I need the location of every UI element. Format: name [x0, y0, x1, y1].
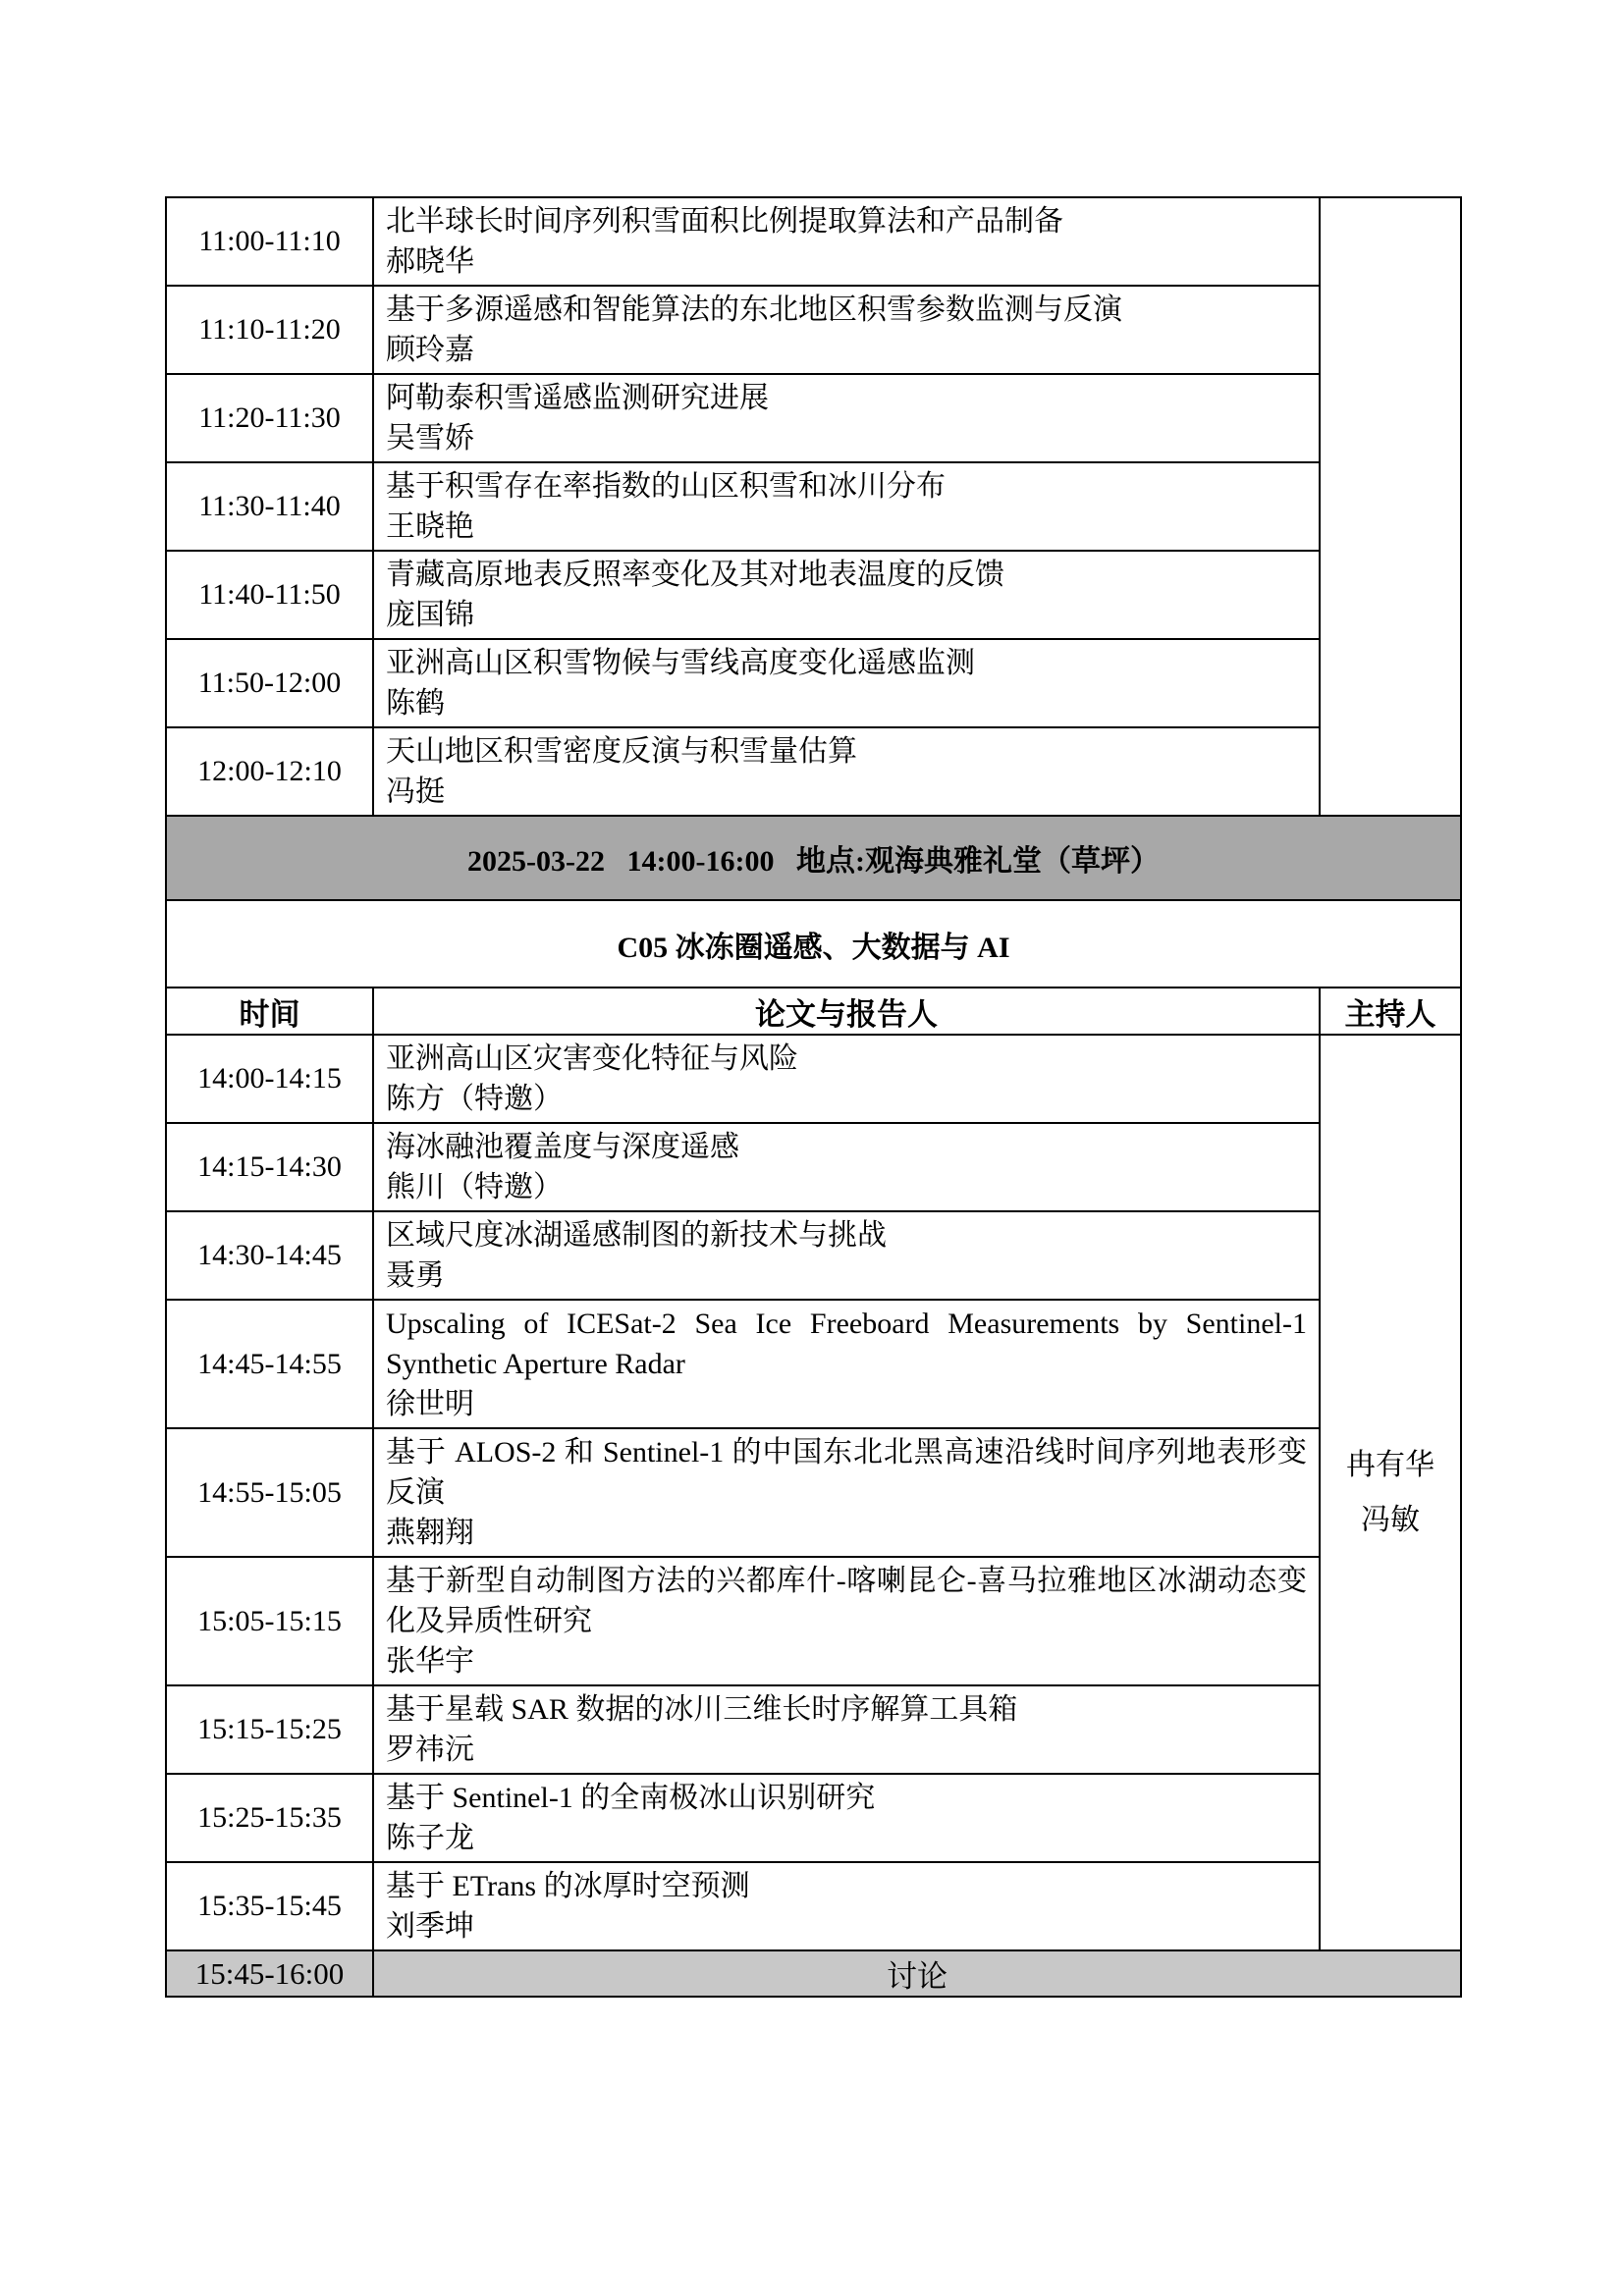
paper-cell: 基于新型自动制图方法的兴都库什-喀喇昆仑-喜马拉雅地区冰湖动态变化及异质性研究 …	[373, 1557, 1320, 1685]
table-row: 14:00-14:15 亚洲高山区灾害变化特征与风险 陈方（特邀） 冉有华 冯敏	[166, 1035, 1461, 1123]
talk-title: 亚洲高山区积雪物候与雪线高度变化遥感监测	[386, 643, 1307, 683]
talk-title: 基于 ETrans 的冰厚时空预测	[386, 1866, 1307, 1906]
talk-title: 海冰融池覆盖度与深度遥感	[386, 1127, 1307, 1167]
table-row: 12:00-12:10 天山地区积雪密度反演与积雪量估算 冯挺	[166, 727, 1461, 816]
speaker-name: 罗祎沅	[386, 1730, 1307, 1770]
speaker-name: 徐世明	[386, 1384, 1307, 1424]
table-row: 14:15-14:30 海冰融池覆盖度与深度遥感 熊川（特邀）	[166, 1123, 1461, 1211]
speaker-name: 陈鹤	[386, 683, 1307, 723]
column-header-time: 时间	[166, 988, 373, 1035]
paper-cell: 基于星载 SAR 数据的冰川三维长时序解算工具箱 罗祎沅	[373, 1685, 1320, 1774]
speaker-name: 张华宇	[386, 1641, 1307, 1682]
talk-title: 北半球长时间序列积雪面积比例提取算法和产品制备	[386, 201, 1307, 241]
table-row: 15:05-15:15 基于新型自动制图方法的兴都库什-喀喇昆仑-喜马拉雅地区冰…	[166, 1557, 1461, 1685]
time-cell: 11:30-11:40	[166, 462, 373, 551]
column-header-paper: 论文与报告人	[373, 988, 1320, 1035]
session-banner: 2025-03-22 14:00-16:00 地点:观海典雅礼堂（草坪）	[166, 816, 1461, 900]
table-row: 15:25-15:35 基于 Sentinel-1 的全南极冰山识别研究 陈子龙	[166, 1774, 1461, 1862]
chair-cell: 冉有华 冯敏	[1320, 1035, 1461, 1950]
speaker-name: 燕翱翔	[386, 1513, 1307, 1553]
speaker-name: 庞国锦	[386, 595, 1307, 635]
paper-cell: 阿勒泰积雪遥感监测研究进展 吴雪娇	[373, 374, 1320, 462]
table-row: 11:00-11:10 北半球长时间序列积雪面积比例提取算法和产品制备 郝晓华	[166, 197, 1461, 286]
time-cell: 15:35-15:45	[166, 1862, 373, 1950]
paper-cell: 基于 ALOS-2 和 Sentinel-1 的中国东北北黑高速沿线时间序列地表…	[373, 1428, 1320, 1557]
speaker-name: 刘季坤	[386, 1906, 1307, 1947]
talk-title: Upscaling of ICESat-2 Sea Ice Freeboard …	[386, 1304, 1307, 1384]
table-row: 11:30-11:40 基于积雪存在率指数的山区积雪和冰川分布 王晓艳	[166, 462, 1461, 551]
table-row: 15:15-15:25 基于星载 SAR 数据的冰川三维长时序解算工具箱 罗祎沅	[166, 1685, 1461, 1774]
speaker-name: 郝晓华	[386, 241, 1307, 282]
paper-cell: 天山地区积雪密度反演与积雪量估算 冯挺	[373, 727, 1320, 816]
paper-cell: 青藏高原地表反照率变化及其对地表温度的反馈 庞国锦	[373, 551, 1320, 639]
discussion-row: 15:45-16:00 讨论	[166, 1950, 1461, 1997]
paper-cell: 基于 Sentinel-1 的全南极冰山识别研究 陈子龙	[373, 1774, 1320, 1862]
document-page: 11:00-11:10 北半球长时间序列积雪面积比例提取算法和产品制备 郝晓华 …	[0, 0, 1624, 2296]
speaker-name: 冯挺	[386, 772, 1307, 812]
table-row: C05 冰冻圈遥感、大数据与 AI	[166, 900, 1461, 988]
paper-cell: 基于多源遥感和智能算法的东北地区积雪参数监测与反演 顾玲嘉	[373, 286, 1320, 374]
talk-title: 基于多源遥感和智能算法的东北地区积雪参数监测与反演	[386, 290, 1307, 330]
time-cell: 14:55-15:05	[166, 1428, 373, 1557]
speaker-name: 聂勇	[386, 1255, 1307, 1296]
time-cell: 11:10-11:20	[166, 286, 373, 374]
talk-title: 青藏高原地表反照率变化及其对地表温度的反馈	[386, 555, 1307, 595]
time-cell: 11:50-12:00	[166, 639, 373, 727]
time-cell: 14:45-14:55	[166, 1300, 373, 1428]
time-cell: 14:15-14:30	[166, 1123, 373, 1211]
paper-cell: 亚洲高山区灾害变化特征与风险 陈方（特邀）	[373, 1035, 1320, 1123]
time-cell: 15:25-15:35	[166, 1774, 373, 1862]
talk-title: 基于积雪存在率指数的山区积雪和冰川分布	[386, 466, 1307, 507]
time-cell: 11:20-11:30	[166, 374, 373, 462]
paper-cell: 亚洲高山区积雪物候与雪线高度变化遥感监测 陈鹤	[373, 639, 1320, 727]
talk-title: 阿勒泰积雪遥感监测研究进展	[386, 378, 1307, 418]
time-cell: 15:15-15:25	[166, 1685, 373, 1774]
talk-title: 区域尺度冰湖遥感制图的新技术与挑战	[386, 1215, 1307, 1255]
table-row: 11:50-12:00 亚洲高山区积雪物候与雪线高度变化遥感监测 陈鹤	[166, 639, 1461, 727]
table-row: 14:30-14:45 区域尺度冰湖遥感制图的新技术与挑战 聂勇	[166, 1211, 1461, 1300]
time-cell: 15:05-15:15	[166, 1557, 373, 1685]
table-row: 11:40-11:50 青藏高原地表反照率变化及其对地表温度的反馈 庞国锦	[166, 551, 1461, 639]
conference-schedule-table: 11:00-11:10 北半球长时间序列积雪面积比例提取算法和产品制备 郝晓华 …	[165, 196, 1462, 1998]
time-cell: 15:45-16:00	[166, 1950, 373, 1997]
paper-cell: 北半球长时间序列积雪面积比例提取算法和产品制备 郝晓华	[373, 197, 1320, 286]
paper-cell: 区域尺度冰湖遥感制图的新技术与挑战 聂勇	[373, 1211, 1320, 1300]
speaker-name: 王晓艳	[386, 507, 1307, 547]
speaker-name: 陈方（特邀）	[386, 1079, 1307, 1119]
talk-title: 天山地区积雪密度反演与积雪量估算	[386, 731, 1307, 772]
time-cell: 14:30-14:45	[166, 1211, 373, 1300]
column-header-chair: 主持人	[1320, 988, 1461, 1035]
time-cell: 12:00-12:10	[166, 727, 373, 816]
table-header-row: 时间 论文与报告人 主持人	[166, 988, 1461, 1035]
speaker-name: 熊川（特邀）	[386, 1167, 1307, 1207]
speaker-name: 吴雪娇	[386, 418, 1307, 458]
discussion-label: 讨论	[373, 1950, 1461, 1997]
talk-title: 基于新型自动制图方法的兴都库什-喀喇昆仑-喜马拉雅地区冰湖动态变化及异质性研究	[386, 1561, 1307, 1641]
talk-title: 基于星载 SAR 数据的冰川三维长时序解算工具箱	[386, 1689, 1307, 1730]
table-row: 11:10-11:20 基于多源遥感和智能算法的东北地区积雪参数监测与反演 顾玲…	[166, 286, 1461, 374]
session-title: C05 冰冻圈遥感、大数据与 AI	[166, 900, 1461, 988]
table-row: 2025-03-22 14:00-16:00 地点:观海典雅礼堂（草坪）	[166, 816, 1461, 900]
speaker-name: 陈子龙	[386, 1818, 1307, 1858]
table-row: 14:55-15:05 基于 ALOS-2 和 Sentinel-1 的中国东北…	[166, 1428, 1461, 1557]
paper-cell: 基于 ETrans 的冰厚时空预测 刘季坤	[373, 1862, 1320, 1950]
table-row: 14:45-14:55 Upscaling of ICESat-2 Sea Ic…	[166, 1300, 1461, 1428]
paper-cell: 海冰融池覆盖度与深度遥感 熊川（特邀）	[373, 1123, 1320, 1211]
chair-cell-empty	[1320, 197, 1461, 816]
paper-cell: Upscaling of ICESat-2 Sea Ice Freeboard …	[373, 1300, 1320, 1428]
table-row: 15:35-15:45 基于 ETrans 的冰厚时空预测 刘季坤	[166, 1862, 1461, 1950]
talk-title: 亚洲高山区灾害变化特征与风险	[386, 1039, 1307, 1079]
talk-title: 基于 Sentinel-1 的全南极冰山识别研究	[386, 1778, 1307, 1818]
paper-cell: 基于积雪存在率指数的山区积雪和冰川分布 王晓艳	[373, 462, 1320, 551]
time-cell: 11:40-11:50	[166, 551, 373, 639]
talk-title: 基于 ALOS-2 和 Sentinel-1 的中国东北北黑高速沿线时间序列地表…	[386, 1432, 1307, 1513]
chair-name: 冉有华	[1321, 1438, 1460, 1493]
speaker-name: 顾玲嘉	[386, 330, 1307, 370]
chair-name: 冯敏	[1321, 1493, 1460, 1548]
table-row: 11:20-11:30 阿勒泰积雪遥感监测研究进展 吴雪娇	[166, 374, 1461, 462]
time-cell: 14:00-14:15	[166, 1035, 373, 1123]
time-cell: 11:00-11:10	[166, 197, 373, 286]
